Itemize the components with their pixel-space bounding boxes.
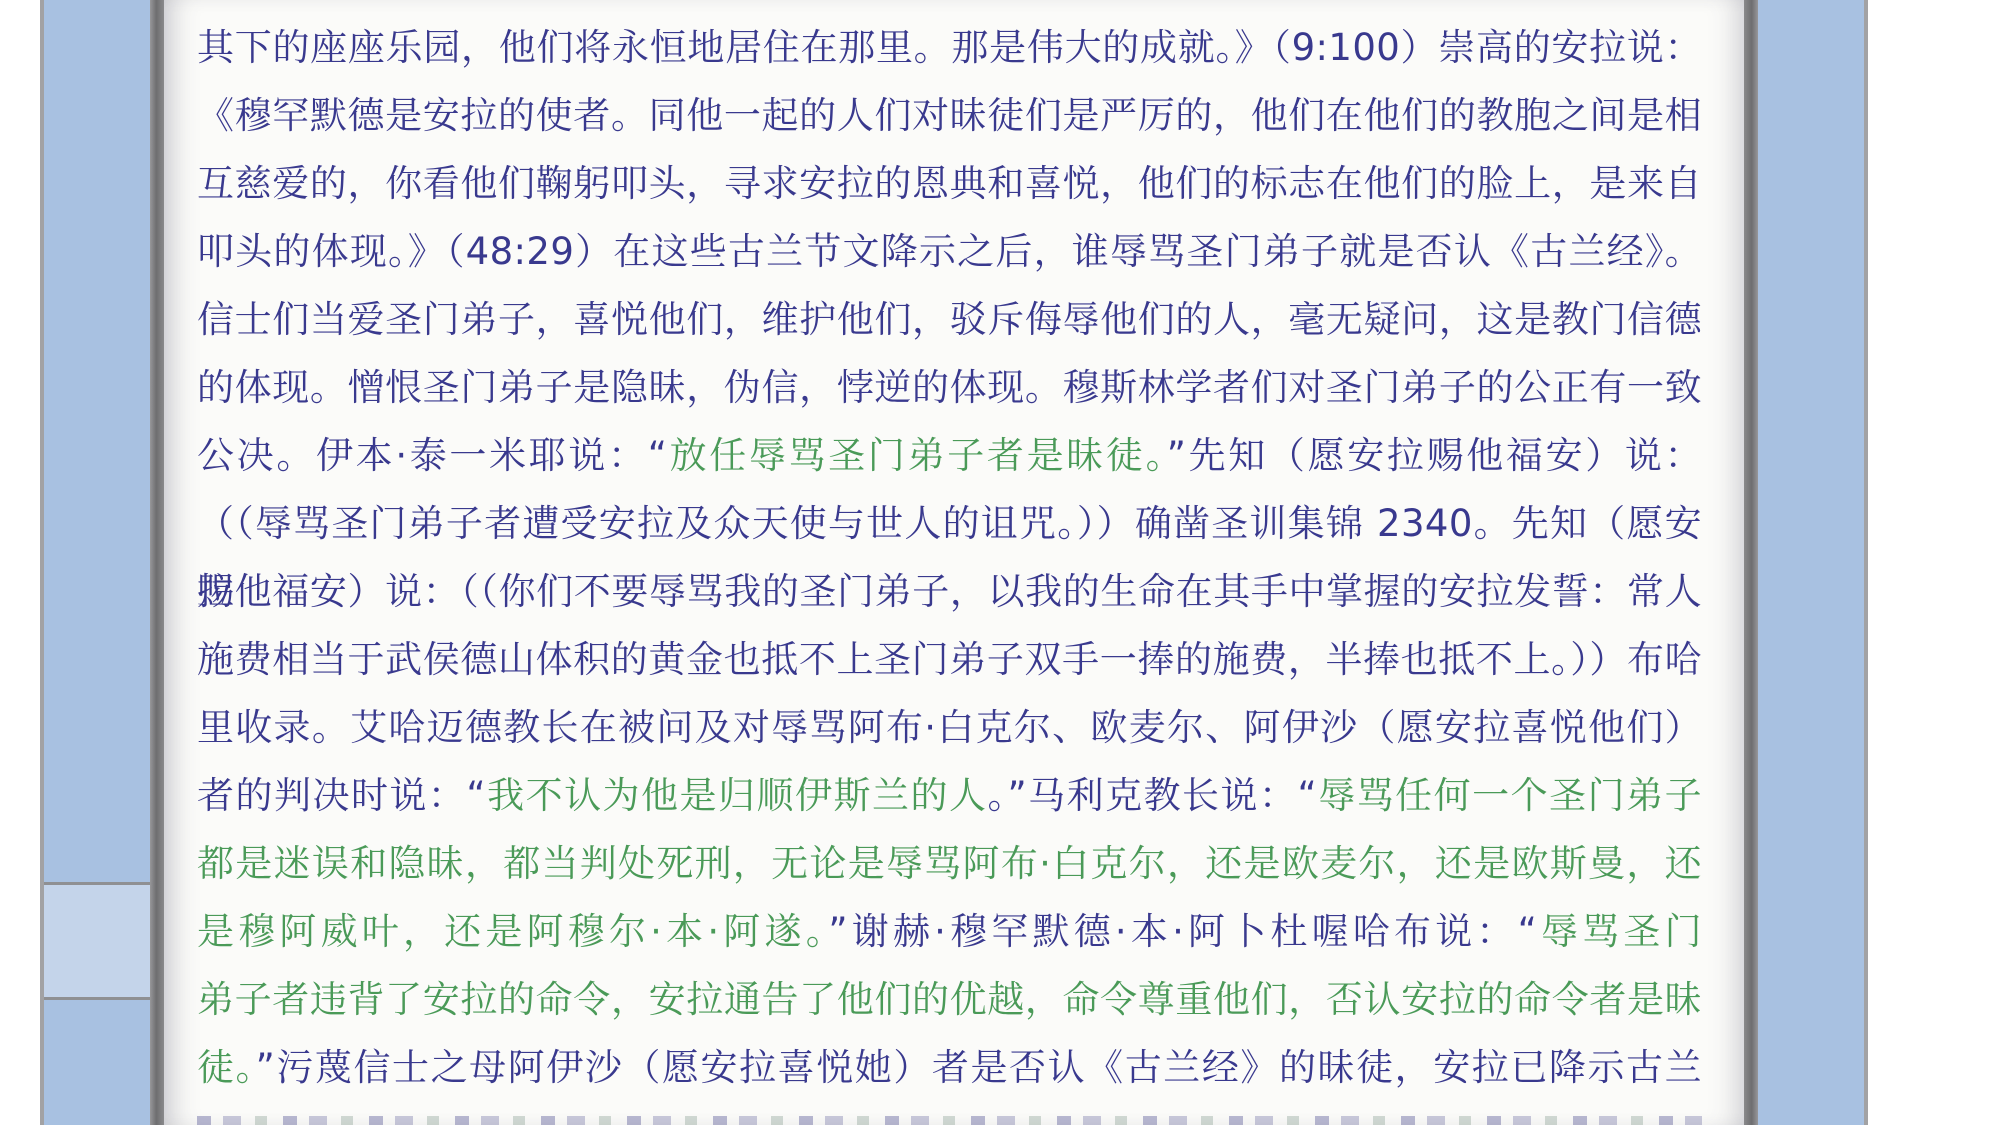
text-line: 信士们当爱圣门弟子，喜悦他们，维护他们，驳斥侮辱他们的人，毫无疑问，这是教门信德 [197,286,1702,354]
right-outer-divider [1864,0,1868,1125]
text-line: 叩头的体现。》（48:29）在这些古兰节文降示之后，谁辱骂圣门弟子就是否认《古兰… [197,218,1702,286]
body-text-segment: 公决。伊本·泰一米耶说：“ [197,434,667,477]
quoted-text-segment: 放任辱骂圣门弟子者是昧徒。 [667,434,1166,477]
left-band-light-segment [44,882,150,1000]
text-line: 者的判决时说：“我不认为他是归顺伊斯兰的人。”马利克教长说：“辱骂任何一个圣门弟… [197,762,1702,830]
text-line: 赐他福安）说：（（你们不要辱骂我的圣门弟子，以我的生命在其手中掌握的安拉发誓：常… [197,558,1702,626]
quoted-text-segment: 弟子者违背了安拉的命令，安拉通告了他们的优越，命令尊重他们，否认安拉的命令者是昧 [197,978,1702,1021]
text-line: 弟子者违背了安拉的命令，安拉通告了他们的优越，命令尊重他们，否认安拉的命令者是昧 [197,966,1702,1034]
right-margin-band [1758,0,1864,1125]
page-frame-right [1744,0,1758,1125]
text-line: 都是迷误和隐昧，都当判处死刑，无论是辱骂阿布·白克尔，还是欧麦尔，还是欧斯曼，还 [197,830,1702,898]
quoted-text-segment: 辱骂任何一个圣门弟子 [1317,774,1702,817]
quoted-text-segment: 我不认为他是归顺伊斯兰的人 [486,774,987,817]
quoted-text-segment: 都是迷误和隐昧，都当判处死刑，无论是辱骂阿布·白克尔，还是欧麦尔，还是欧斯曼，还 [197,842,1702,885]
body-text-segment: ”谢赫·穆罕默德·本·阿卜杜喔哈布说：“ [828,910,1537,953]
left-margin-band [44,0,150,1125]
text-line: （（辱骂圣门弟子者遭受安拉及众天使与世人的诅咒。））确凿圣训集锦 2340。先知… [197,490,1702,558]
text-line: 是穆阿威叶，还是阿穆尔·本·阿遂。”谢赫·穆罕默德·本·阿卜杜喔哈布说：“辱骂圣… [197,898,1702,966]
body-text-segment: 者的判决时说：“ [197,774,486,817]
text-line: 其下的座座乐园，他们将永恒地居住在那里。那是伟大的成就。》（9:100）崇高的安… [197,14,1702,82]
text-line: 《穆罕默德是安拉的使者。同他一起的人们对昧徒们是严厉的，他们在他们的教胞之间是相 [197,82,1702,150]
text-block: 其下的座座乐园，他们将永恒地居住在那里。那是伟大的成就。》（9:100）崇高的安… [197,14,1702,1102]
document-page: 其下的座座乐园，他们将永恒地居住在那里。那是伟大的成就。》（9:100）崇高的安… [164,0,1744,1125]
quoted-text-segment: 辱骂圣门 [1537,910,1702,953]
text-line: 公决。伊本·泰一米耶说：“放任辱骂圣门弟子者是昧徒。”先知（愿安拉赐他福安）说： [197,422,1702,490]
reader-background: { "colors": { "body_text": "#39398e", "q… [0,0,2000,1125]
body-text-segment: 。”马利克教长说：“ [987,774,1317,817]
text-line: 的体现。憎恨圣门弟子是隐昧，伪信，悖逆的体现。穆斯林学者们对圣门弟子的公正有一致 [197,354,1702,422]
body-text-segment: 其下的座座乐园，他们将永恒地居住在那里。那是伟大的成就。》（9:100）崇高的安… [197,26,1702,69]
quoted-text-segment: 是穆阿威叶，还是阿穆尔·本·阿遂。 [197,910,828,953]
body-text-segment: 互慈爱的，你看他们鞠躬叩头，寻求安拉的恩典和喜悦，他们的标志在他们的脸上，是来自 [197,162,1702,205]
body-text-segment: 的体现。憎恨圣门弟子是隐昧，伪信，悖逆的体现。穆斯林学者们对圣门弟子的公正有一致 [197,366,1702,409]
body-text-segment: 《穆罕默德是安拉的使者。同他一起的人们对昧徒们是严厉的，他们在他们的教胞之间是相 [197,94,1702,137]
text-line: 里收录。艾哈迈德教长在被问及对辱骂阿布·白克尔、欧麦尔、阿伊沙（愿安拉喜悦他们） [197,694,1702,762]
text-line: 施费相当于武侯德山体积的黄金也抵不上圣门弟子双手一捧的施费，半捧也抵不上。））布… [197,626,1702,694]
body-text-segment: 信士们当爱圣门弟子，喜悦他们，维护他们，驳斥侮辱他们的人，毫无疑问，这是教门信德 [197,298,1702,341]
quoted-text-segment: 徒。 [197,1046,256,1089]
body-text-segment: 施费相当于武侯德山体积的黄金也抵不上圣门弟子双手一捧的施费，半捧也抵不上。））布… [197,638,1702,681]
page-frame-left [150,0,164,1125]
body-text-segment: 里收录。艾哈迈德教长在被问及对辱骂阿布·白克尔、欧麦尔、阿伊沙（愿安拉喜悦他们） [197,706,1702,749]
clipped-bottom-line [197,1116,1702,1125]
body-text-segment: ”先知（愿安拉赐他福安）说： [1167,434,1702,477]
body-text-segment: 叩头的体现。》（48:29）在这些古兰节文降示之后，谁辱骂圣门弟子就是否认《古兰… [197,230,1702,273]
body-text-segment: 赐他福安）说：（（你们不要辱骂我的圣门弟子，以我的生命在其手中掌握的安拉发誓：常… [197,570,1702,613]
text-line: 徒。”污蔑信士之母阿伊沙（愿安拉喜悦她）者是否认《古兰经》的昧徒，安拉已降示古兰 [197,1034,1702,1102]
text-line: 互慈爱的，你看他们鞠躬叩头，寻求安拉的恩典和喜悦，他们的标志在他们的脸上，是来自 [197,150,1702,218]
body-text-segment: ”污蔑信士之母阿伊沙（愿安拉喜悦她）者是否认《古兰经》的昧徒，安拉已降示古兰 [256,1046,1702,1089]
